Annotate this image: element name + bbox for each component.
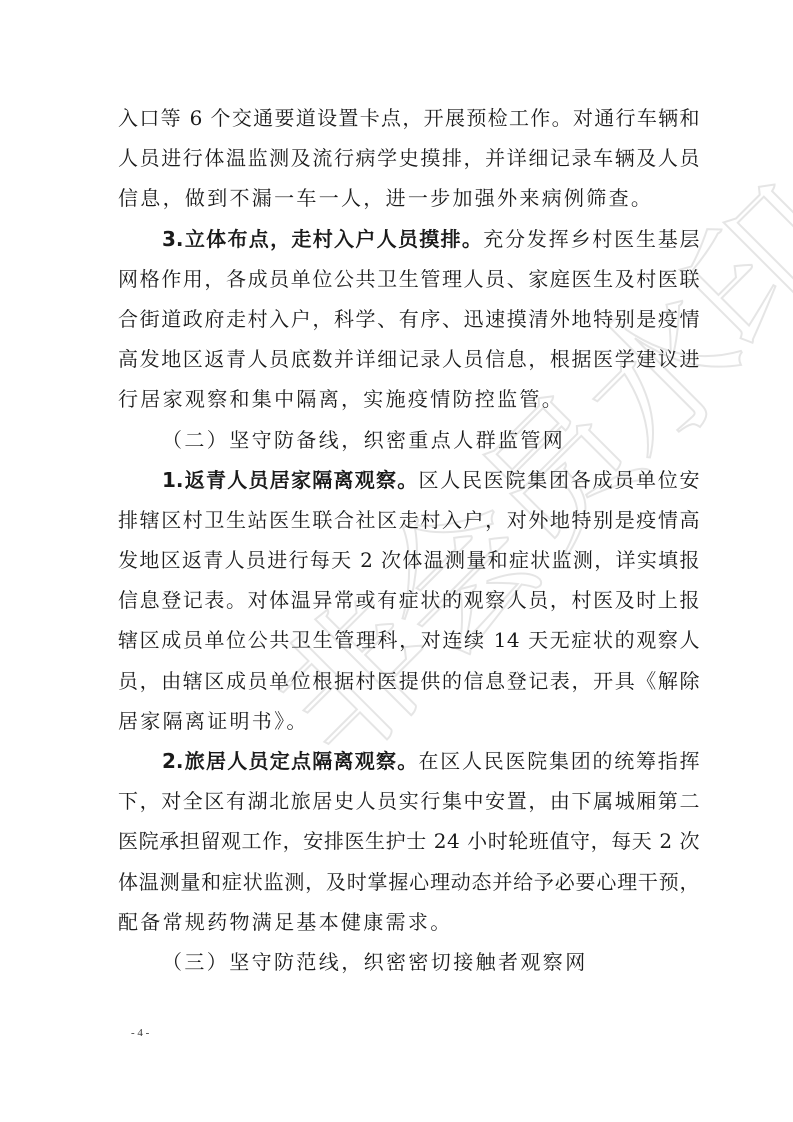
text-line: 入口等 6 个交通要道设置卡点，开展预检工作。对通行车辆和 <box>118 98 700 138</box>
text-line: 人员进行体温监测及流行病学史摸排，并详细记录车辆及人员 <box>118 138 700 178</box>
text-line: 发地区返青人员进行每天 2 次体温测量和症状监测，详实填报 <box>118 540 700 580</box>
text-line: 医院承担留观工作，安排医生护士 24 小时轮班值守，每天 2 次 <box>118 821 700 861</box>
item-3-text: 充分发挥乡村医生基层 <box>483 227 700 251</box>
text-line: 排辖区村卫生站医生联合社区走村入户，对外地特别是疫情高 <box>118 500 700 540</box>
text-line: 信息登记表。对体温异常或有症状的观察人员，村医及时上报 <box>118 580 700 620</box>
item-1-text: 区人民医院集团各成员单位安 <box>419 468 701 492</box>
text-line: 员，由辖区成员单位根据村医提供的信息登记表，开具《解除 <box>118 661 700 701</box>
item-2-first-line: 2.旅居人员定点隔离观察。在区人民医院集团的统筹指挥 <box>118 741 700 781</box>
item-3-first-line: 3.立体布点，走村入户人员摸排。充分发挥乡村医生基层 <box>118 219 700 259</box>
text-line: 下，对全区有湖北旅居史人员实行集中安置，由下属城厢第二 <box>118 781 700 821</box>
text-line: 居家隔离证明书》。 <box>118 701 700 741</box>
item-3-title: 3.立体布点，走村入户人员摸排。 <box>162 227 483 251</box>
text-line: 辖区成员单位公共卫生管理科，对连续 14 天无症状的观察人 <box>118 620 700 660</box>
text-line: 体温测量和症状监测，及时掌握心理动态并给予必要心理干预， <box>118 862 700 902</box>
text-line: 高发地区返青人员底数并详细记录人员信息，根据医学建议进 <box>118 339 700 379</box>
text-line: 网格作用，各成员单位公共卫生管理人员、家庭医生及村医联 <box>118 259 700 299</box>
text-line: 合街道政府走村入户，科学、有序、迅速摸清外地特别是疫情 <box>118 299 700 339</box>
text-line: 配备常规药物满足基本健康需求。 <box>118 902 700 942</box>
document-body: 入口等 6 个交通要道设置卡点，开展预检工作。对通行车辆和 人员进行体温监测及流… <box>118 98 700 982</box>
text-line: 行居家观察和集中隔离，实施疫情防控监管。 <box>118 379 700 419</box>
section-2-heading: （二）坚守防备线，织密重点人群监管网 <box>118 420 700 460</box>
item-1-first-line: 1.返青人员居家隔离观察。区人民医院集团各成员单位安 <box>118 460 700 500</box>
text-line: 信息，做到不漏一车一人，进一步加强外来病例筛查。 <box>118 178 700 218</box>
item-2-title: 2.旅居人员定点隔离观察。 <box>162 749 419 773</box>
page-number: - 4 - <box>131 1027 149 1039</box>
item-1-title: 1.返青人员居家隔离观察。 <box>162 468 419 492</box>
document-page: 非会员水印 入口等 6 个交通要道设置卡点，开展预检工作。对通行车辆和 人员进行… <box>0 0 793 1122</box>
item-2-text: 在区人民医院集团的统筹指挥 <box>419 749 701 773</box>
section-3-heading: （三）坚守防范线，织密密切接触者观察网 <box>118 942 700 982</box>
